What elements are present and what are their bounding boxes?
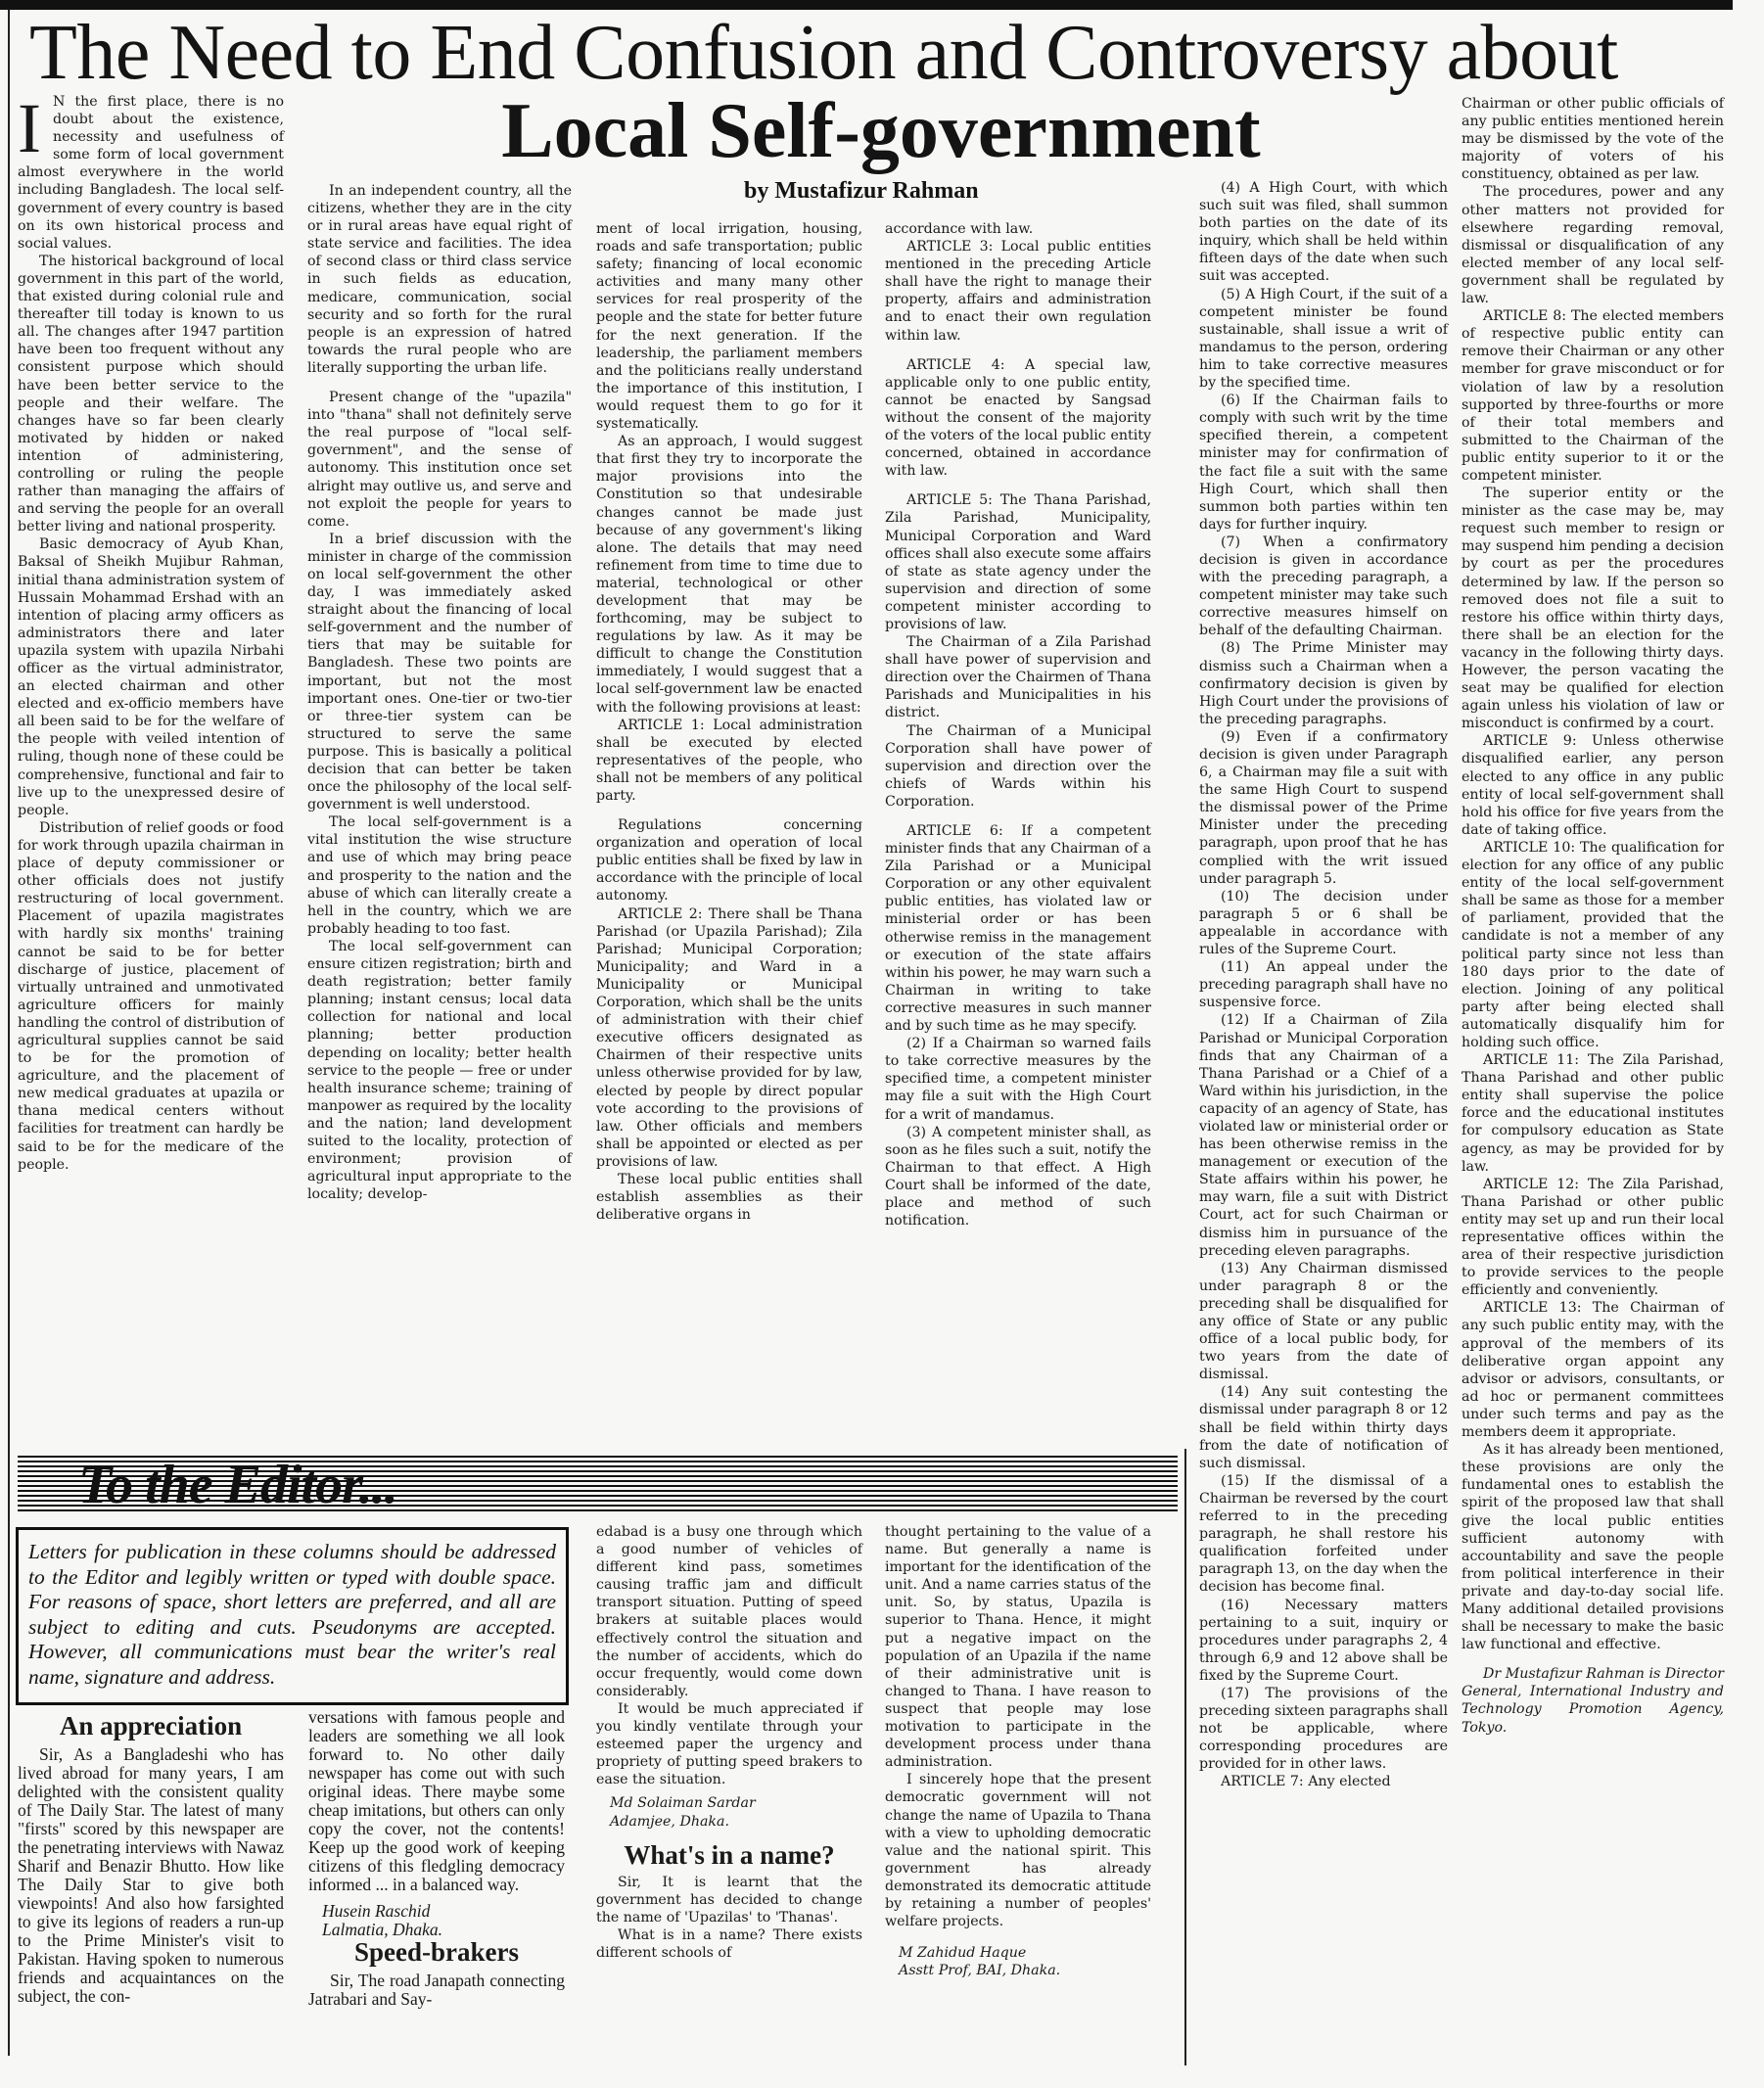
paragraph: The Chairman of a Municipal Corporation …	[885, 722, 1151, 811]
letters-column-1: An appreciation Sir, As a Bangladeshi wh…	[18, 1713, 284, 2006]
paragraph: versations with famous people and leader…	[308, 1708, 565, 1894]
paragraph: ARTICLE 13: The Chairman of any such pub…	[1462, 1299, 1724, 1441]
paragraph: (4) A High Court, with which such suit w…	[1199, 179, 1448, 286]
article-headline-line2: Local Self-government	[489, 90, 1273, 172]
paragraph: As an approach, I would suggest that fir…	[596, 433, 862, 717]
paragraph: Distribution of relief goods or food for…	[18, 819, 284, 1174]
left-border-rule	[8, 10, 10, 2056]
paragraph: (6) If the Chairman fails to comply with…	[1199, 392, 1448, 534]
paragraph: ARTICLE 8: The elected members of respec…	[1462, 307, 1724, 485]
author-note: Dr Mustafizur Rahman is Director General…	[1462, 1665, 1724, 1736]
drop-cap: I	[18, 99, 41, 158]
letter-heading: An appreciation	[18, 1717, 284, 1736]
paragraph: (16) Necessary matters pertaining to a s…	[1199, 1597, 1448, 1685]
paragraph: (9) Even if a confirmatory decision is g…	[1199, 728, 1448, 888]
paragraph: (13) Any Chairman dismissed under paragr…	[1199, 1260, 1448, 1384]
signature-place: Asstt Prof, BAI, Dhaka.	[885, 1962, 1151, 1979]
paragraph: (7) When a confirmatory decision is give…	[1199, 534, 1448, 640]
paragraph: ARTICLE 3: Local public entities mention…	[885, 238, 1151, 345]
signature-name: Md Solaiman Sardar	[596, 1794, 862, 1812]
paragraph: (12) If a Chairman of Zila Parishad or M…	[1199, 1011, 1448, 1259]
paragraph: The Chairman of a Zila Parishad shall ha…	[885, 633, 1151, 721]
paragraph: As it has already been mentioned, these …	[1462, 1441, 1724, 1653]
paragraph: Sir, It is learnt that the government ha…	[596, 1874, 862, 1926]
article-column-6: Chairman or other public officials of an…	[1462, 95, 1724, 1737]
article-column-4: accordance with law. ARTICLE 3: Local pu…	[885, 220, 1151, 1230]
paragraph: Chairman or other public officials of an…	[1462, 95, 1724, 183]
paragraph: (11) An appeal under the preceding parag…	[1199, 958, 1448, 1011]
paragraph: Present change of the "upazila" into "th…	[307, 389, 572, 531]
paragraph: thought pertaining to the value of a nam…	[885, 1523, 1151, 1771]
paragraph: ARTICLE 4: A special law, applicable onl…	[885, 356, 1151, 481]
paragraph: ARTICLE 5: The Thana Parishad, Zila Pari…	[885, 491, 1151, 633]
top-rule	[0, 0, 1733, 10]
paragraph: The historical background of local gover…	[18, 253, 284, 536]
paragraph: N the first place, there is no doubt abo…	[18, 93, 284, 253]
letters-column-2: versations with famous people and leader…	[308, 1708, 565, 2009]
letters-column-4: thought pertaining to the value of a nam…	[885, 1523, 1151, 1979]
paragraph: In a brief discussion with the minister …	[307, 531, 572, 814]
paragraph: (2) If a Chairman so warned fails to tak…	[885, 1035, 1151, 1123]
paragraph: In an independent country, all the citiz…	[307, 182, 572, 377]
signature-name: Husein Raschid	[308, 1902, 565, 1921]
signature-name: M Zahidud Haque	[885, 1944, 1151, 1962]
editor-section-title: To the Editor...	[78, 1455, 397, 1515]
paragraph: ARTICLE 12: The Zila Parishad, Thana Par…	[1462, 1176, 1724, 1300]
paragraph: Sir, The road Janapath connecting Jatrab…	[308, 1972, 565, 2009]
paragraph: accordance with law.	[885, 220, 1151, 238]
paragraph: (15) If the dismissal of a Chairman be r…	[1199, 1472, 1448, 1597]
paragraph: Regulations concerning organization and …	[596, 816, 862, 905]
paragraph: (5) A High Court, if the suit of a compe…	[1199, 286, 1448, 393]
paragraph: (14) Any suit contesting the dismissal u…	[1199, 1383, 1448, 1471]
article-column-1: I N the first place, there is no doubt a…	[18, 93, 284, 1174]
paragraph: ARTICLE 10: The qualification for electi…	[1462, 839, 1724, 1051]
paragraph: It would be much appreciated if you kind…	[596, 1700, 862, 1788]
paragraph: ARTICLE 2: There shall be Thana Parishad…	[596, 905, 862, 1171]
paragraph: The local self-government can ensure cit…	[307, 938, 572, 1203]
paragraph: ARTICLE 9: Unless otherwise disqualified…	[1462, 732, 1724, 839]
article-column-3: ment of local irrigation, housing, roads…	[596, 220, 862, 1224]
letter-heading: Speed-brakers	[308, 1943, 565, 1962]
column-divider	[1184, 1449, 1186, 2065]
letters-column-3: edabad is a busy one through which a goo…	[596, 1523, 862, 1962]
paragraph: ARTICLE 7: Any elected	[1199, 1773, 1448, 1790]
article-byline: by Mustafizur Rahman	[744, 178, 1038, 205]
paragraph: The superior entity or the minister as t…	[1462, 485, 1724, 732]
paragraph: ment of local irrigation, housing, roads…	[596, 220, 862, 433]
article-column-2: In an independent country, all the citiz…	[307, 182, 572, 1203]
paragraph: The local self-government is a vital ins…	[307, 813, 572, 938]
paragraph: (8) The Prime Minister may dismiss such …	[1199, 639, 1448, 727]
paragraph: These local public entities shall establ…	[596, 1171, 862, 1224]
article-column-5: (4) A High Court, with which such suit w…	[1199, 179, 1448, 1791]
paragraph: I sincerely hope that the present democr…	[885, 1771, 1151, 1930]
paragraph: (3) A competent minister shall, as soon …	[885, 1124, 1151, 1230]
paragraph: ARTICLE 6: If a competent minister finds…	[885, 822, 1151, 1035]
paragraph: edabad is a busy one through which a goo…	[596, 1523, 862, 1700]
paragraph: Sir, As a Bangladeshi who has lived abro…	[18, 1745, 284, 2006]
paragraph: ARTICLE 11: The Zila Parishad, Thana Par…	[1462, 1051, 1724, 1176]
paragraph: (10) The decision under paragraph 5 or 6…	[1199, 888, 1448, 958]
letters-notice-box: Letters for publication in these columns…	[16, 1527, 569, 1705]
paragraph: ARTICLE 1: Local administration shall be…	[596, 717, 862, 805]
article-headline: The Need to End Confusion and Controvers…	[29, 12, 1733, 94]
paragraph: (17) The provisions of the preceding six…	[1199, 1685, 1448, 1773]
paragraph: Basic democracy of Ayub Khan, Baksal of …	[18, 535, 284, 819]
signature-place: Adamjee, Dhaka.	[596, 1813, 862, 1831]
paragraph: What is in a name? There exists differen…	[596, 1926, 862, 1962]
letter-heading: What's in a name?	[596, 1846, 862, 1864]
paragraph: The procedures, power and any other matt…	[1462, 183, 1724, 307]
